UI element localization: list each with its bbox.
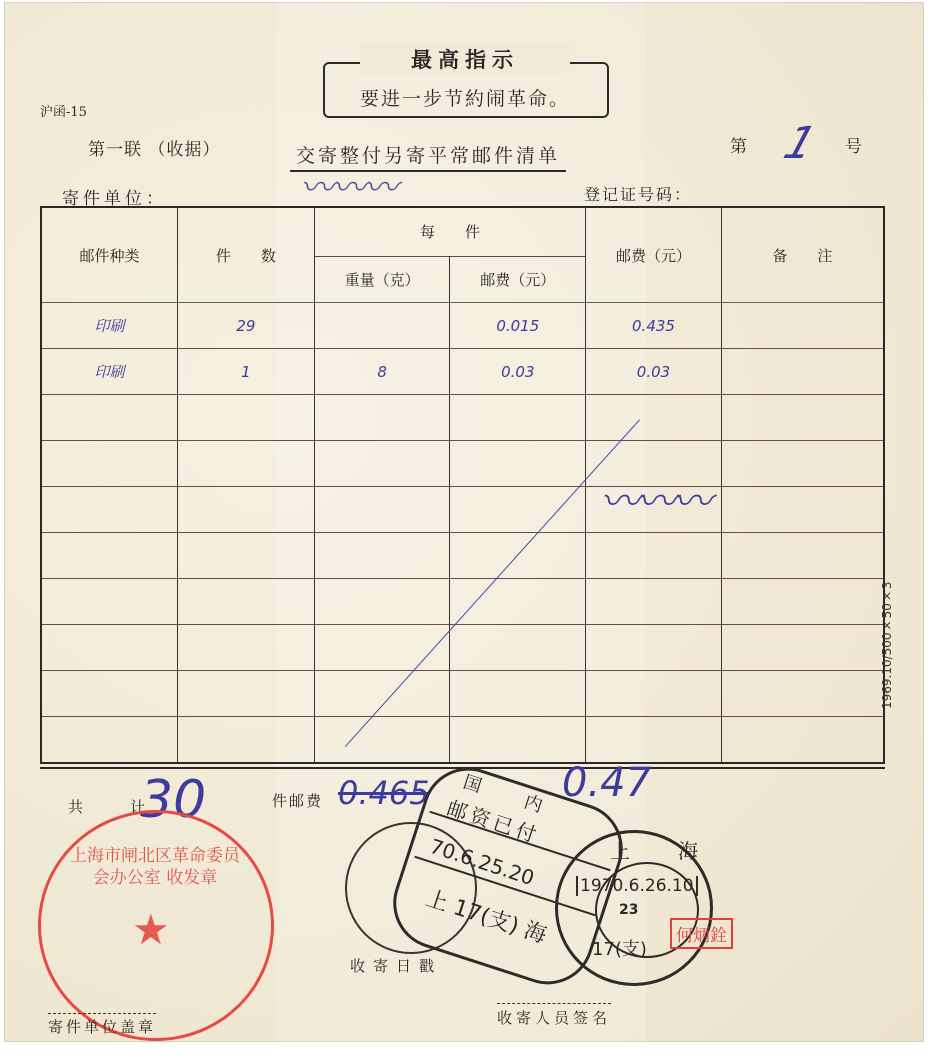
- cell-weight: 8: [314, 349, 450, 395]
- table-row: 印刷 29 0.015 0.435: [41, 303, 884, 349]
- cell-mail-type: 印刷: [41, 303, 178, 349]
- cell-per-postage: [450, 487, 586, 533]
- fee-label: 件邮费: [272, 790, 323, 811]
- motto-text: 要进一步节約闹革命。: [330, 84, 600, 111]
- sender-seal-label: 寄件单位盖章: [48, 1013, 156, 1037]
- cell-count: [178, 670, 315, 716]
- cell-per-postage: [450, 395, 586, 441]
- star-icon: ★: [132, 905, 170, 954]
- cell-postage: [586, 533, 722, 579]
- cell-remarks: [721, 349, 884, 395]
- header-weight: 重量（克）: [314, 256, 450, 303]
- cell-per-postage: [450, 716, 586, 763]
- fee-crossed-out: 0.465: [338, 774, 430, 812]
- cell-mail-type: [41, 670, 178, 716]
- cell-count: [178, 533, 315, 579]
- cell-count: [178, 716, 315, 763]
- cell-postage: [586, 395, 722, 441]
- cell-remarks: [721, 625, 884, 671]
- cell-weight: [314, 487, 450, 533]
- table-row: [41, 716, 884, 763]
- cell-weight: [314, 533, 450, 579]
- cell-mail-type: [41, 533, 178, 579]
- cell-mail-type: [41, 625, 178, 671]
- table-row: [41, 670, 884, 716]
- cell-weight: [314, 579, 450, 625]
- red-name-chop: 何炳銓: [670, 918, 733, 949]
- red-seal-text: 上海市闸北区革命委员会办公室 收发章: [70, 845, 240, 889]
- table-row: [41, 579, 884, 625]
- receiver-signature-label: 收寄人员签名: [497, 1003, 611, 1028]
- cell-count: [178, 579, 315, 625]
- cell-weight: [314, 716, 450, 763]
- cell-count: [178, 487, 315, 533]
- cell-postage: 0.03: [586, 349, 722, 395]
- registration-number-label: 登记证号码：: [584, 182, 692, 205]
- cell-mail-type: 印刷: [41, 349, 178, 395]
- cell-per-postage: [450, 670, 586, 716]
- table-row: [41, 441, 884, 487]
- cell-count: 29: [178, 303, 315, 349]
- cell-remarks: [721, 670, 884, 716]
- cell-mail-type: [41, 716, 178, 763]
- cell-mail-type: [41, 395, 178, 441]
- cell-remarks: [721, 716, 884, 763]
- cell-count: [178, 625, 315, 671]
- table-row: [41, 625, 884, 671]
- cell-per-postage: 0.03: [450, 349, 586, 395]
- cell-postage: [586, 716, 722, 763]
- postmark-city: 上 海: [610, 835, 712, 864]
- cell-weight: [314, 441, 450, 487]
- cell-postage: [586, 670, 722, 716]
- cell-postage: [586, 625, 722, 671]
- header-postage: 邮费（元）: [586, 207, 722, 303]
- number-prefix: 第: [730, 132, 747, 157]
- copy-label: 第一联 （收据）: [88, 135, 220, 160]
- number-suffix: 号: [845, 132, 862, 157]
- cell-per-postage: [450, 579, 586, 625]
- cell-per-postage: [450, 441, 586, 487]
- table-row: 印刷 1 8 0.03 0.03: [41, 349, 884, 395]
- cell-mail-type: [41, 487, 178, 533]
- cell-per-postage: [450, 625, 586, 671]
- mail-list-table: 邮件种类 件 数 每 件 邮费（元） 备 注 重量（克） 邮费（元） 印刷 29…: [40, 206, 885, 764]
- cell-count: 1: [178, 349, 315, 395]
- header-mail-type: 邮件种类: [41, 207, 178, 303]
- header-count: 件 数: [178, 207, 315, 303]
- cell-mail-type: [41, 441, 178, 487]
- form-code: 沪函-15: [40, 101, 87, 120]
- postmark-code: 23: [619, 902, 638, 918]
- table-row: [41, 533, 884, 579]
- cell-postage: 0.435: [586, 303, 722, 349]
- cell-postage: [586, 579, 722, 625]
- postmark-date: 1970.6.26.10: [576, 876, 698, 896]
- table-row: [41, 487, 884, 533]
- cell-remarks: [721, 579, 884, 625]
- header-per-item: 每 件: [314, 207, 585, 256]
- motto-title: 最高指示: [360, 44, 570, 74]
- cell-remarks: [721, 395, 884, 441]
- header-per-postage: 邮费（元）: [450, 256, 586, 303]
- print-info: 1969.10/500×50×3: [880, 570, 910, 720]
- cell-count: [178, 441, 315, 487]
- postmark-bottom: 17(支): [592, 935, 647, 961]
- signature-handwriting: 〰〰〰: [600, 470, 708, 527]
- cell-per-postage: 0.015: [450, 303, 586, 349]
- cell-mail-type: [41, 579, 178, 625]
- cell-remarks: [721, 441, 884, 487]
- cell-remarks: [721, 533, 884, 579]
- cell-weight: [314, 395, 450, 441]
- cell-weight: [314, 670, 450, 716]
- sender-unit-handwriting: 〰〰〰: [300, 160, 396, 209]
- cell-remarks: [721, 487, 884, 533]
- cell-remarks: [721, 303, 884, 349]
- header-remarks: 备 注: [721, 207, 884, 303]
- cell-weight: [314, 625, 450, 671]
- fee-value: 0.47: [562, 760, 651, 806]
- receive-date-label: 收寄日戳: [350, 955, 442, 976]
- cell-weight: [314, 303, 450, 349]
- cell-count: [178, 395, 315, 441]
- table-row: [41, 395, 884, 441]
